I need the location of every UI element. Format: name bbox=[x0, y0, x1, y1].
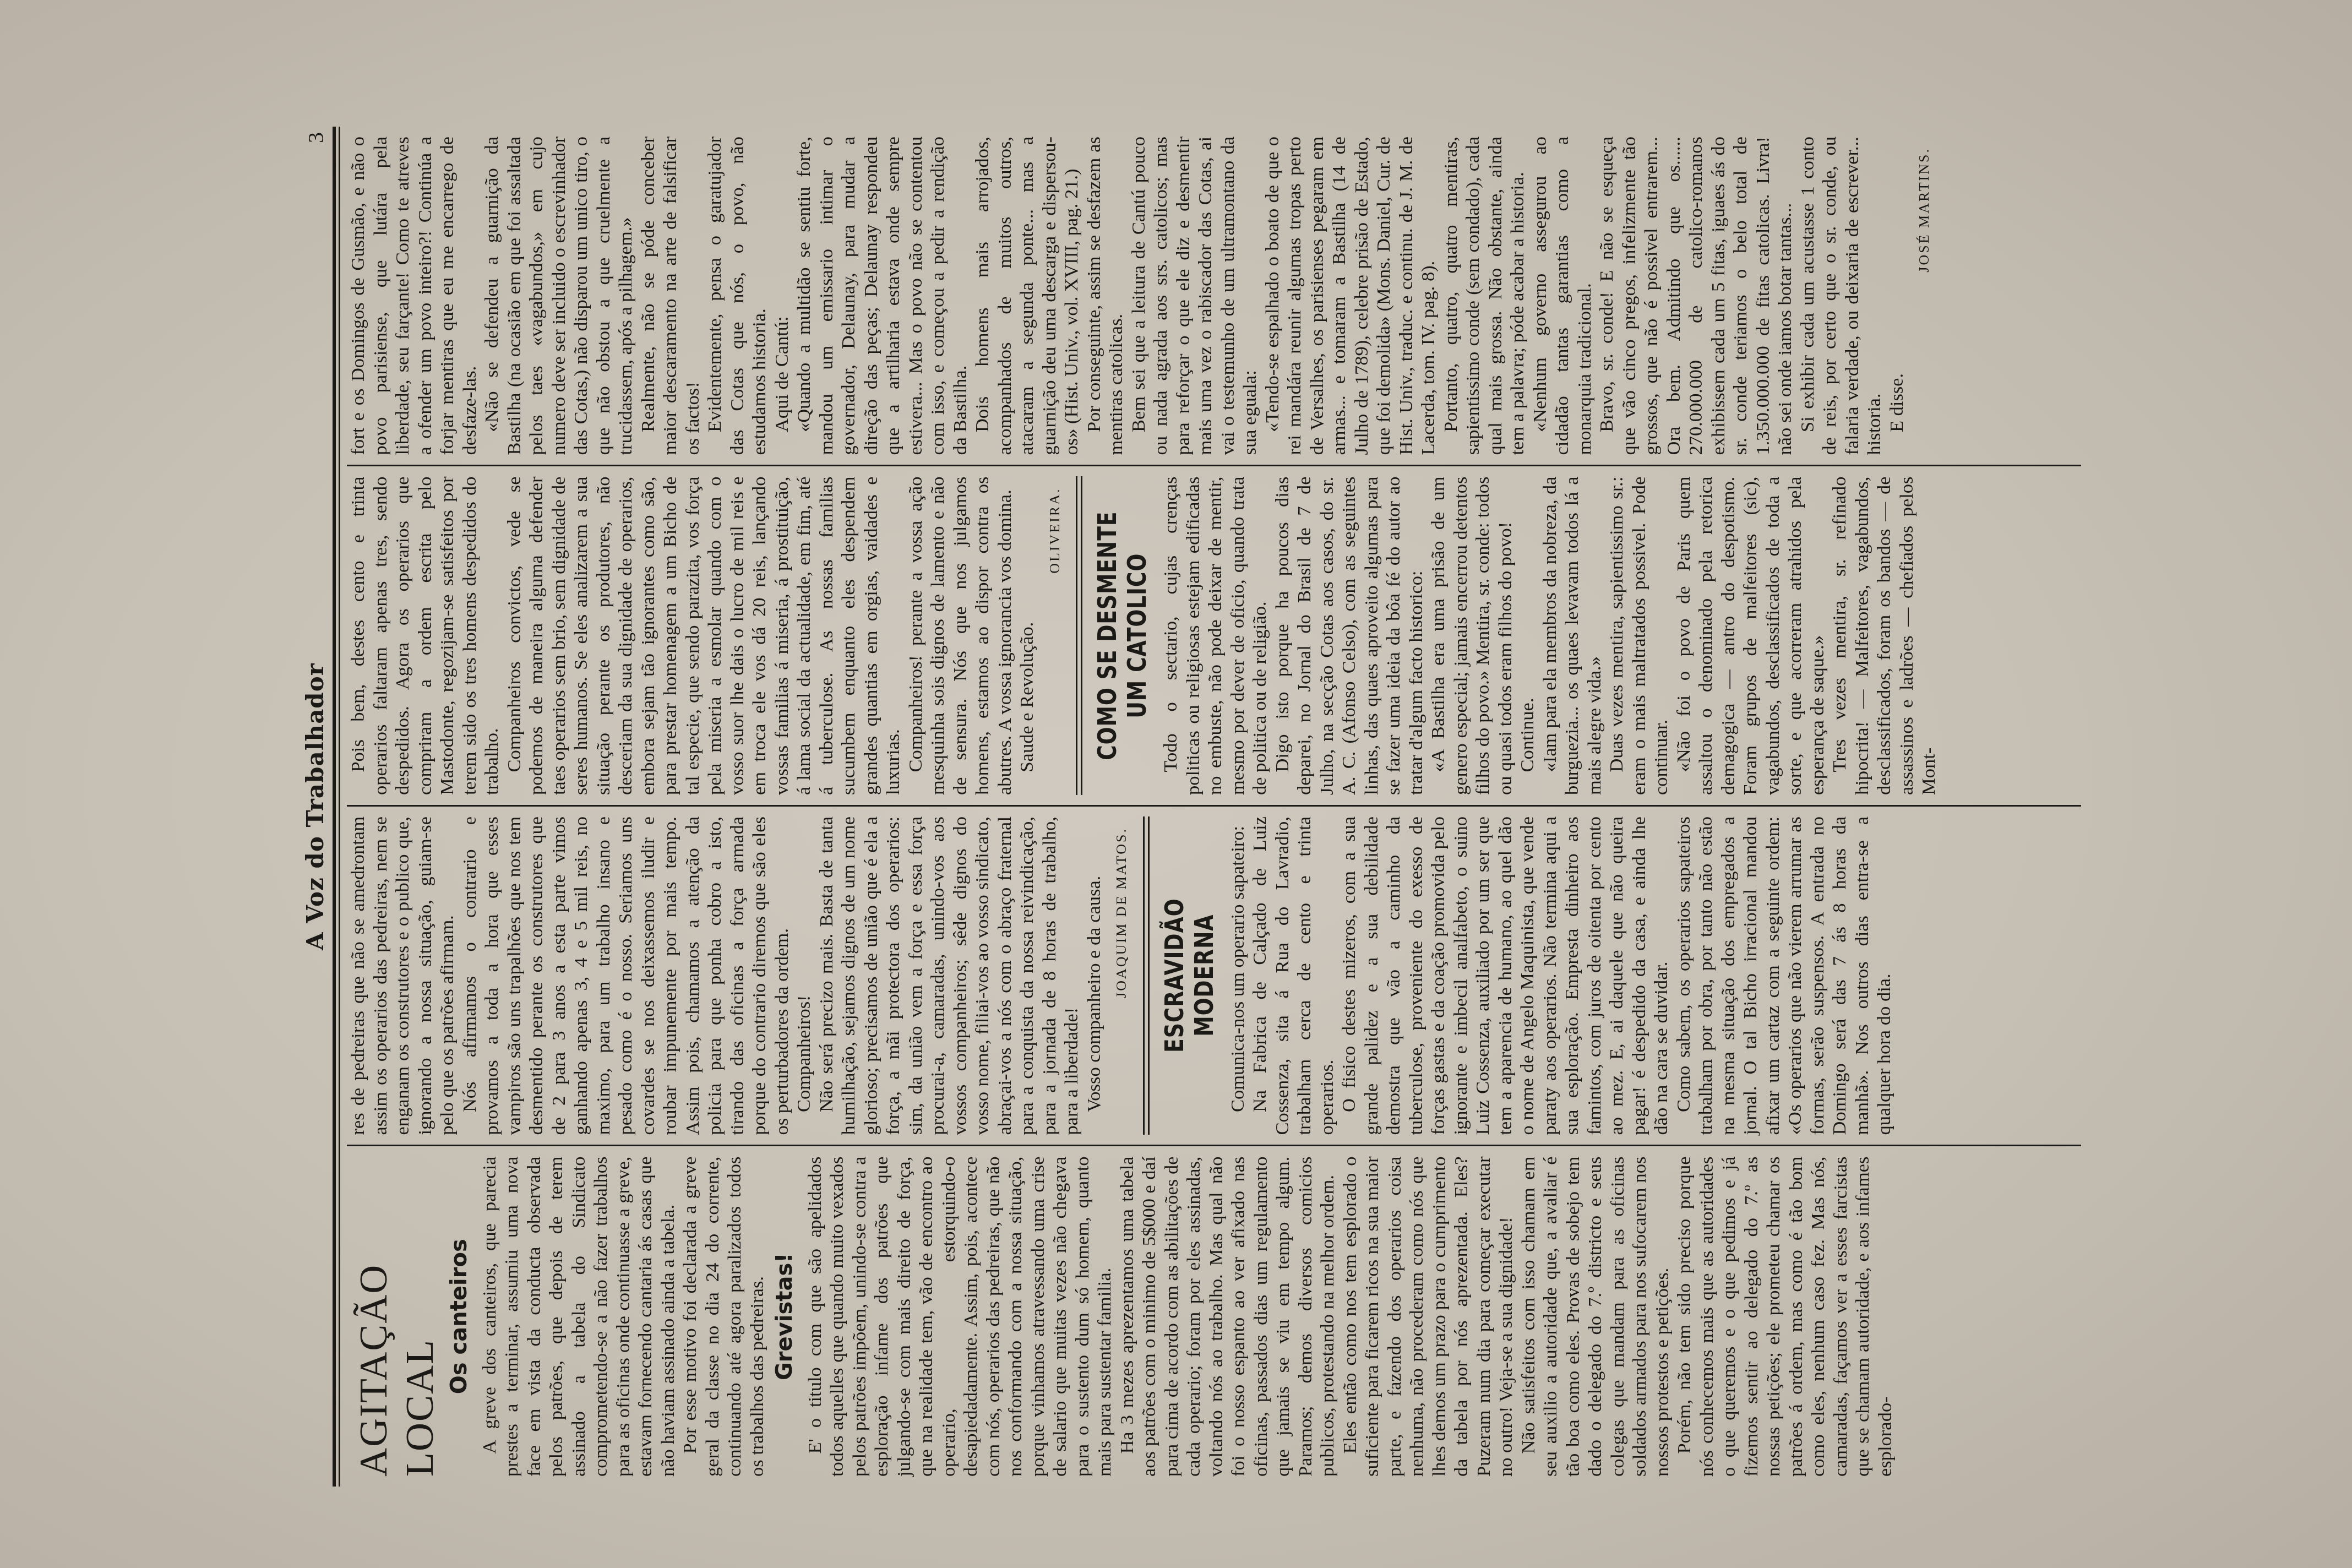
paragraph: Pois bem, destes cento e trinta operario… bbox=[347, 477, 503, 796]
paragraph: Companheiros! perante a vossa ação mesqu… bbox=[905, 477, 1016, 796]
paragraph: Bem sei que a leitura de Cantú pouco ou … bbox=[1128, 137, 1261, 455]
header-double-rule bbox=[333, 127, 340, 1487]
paragraph: «Não se defendeu a guarnição da Bastilha… bbox=[481, 137, 637, 455]
paragraph: E' o titulo com que são apelidados todos… bbox=[804, 1157, 1116, 1477]
paragraph: Companheiros convictos, vede se podemos … bbox=[503, 477, 905, 796]
article-subhead: Grevistas! bbox=[774, 1157, 796, 1477]
paragraph: A greve dos canteiros, que parecia prest… bbox=[478, 1157, 679, 1477]
page-number: 3 bbox=[303, 132, 329, 143]
paragraph: Continue. bbox=[1516, 477, 1539, 796]
paragraph: «Quando a multidão se sentiu forte, mand… bbox=[793, 137, 971, 455]
paragraph-continued: fort e os Domingos de Gusmão, e não o po… bbox=[347, 137, 481, 455]
article-divider bbox=[1143, 816, 1150, 1135]
paragraph: Bravo, sr. conde! E não se esqueça que v… bbox=[1596, 137, 1796, 455]
newspaper-page: A Voz do Trabalhador 3 AGITAÇÃO LOCALOs … bbox=[297, 127, 2081, 1487]
paragraph: Vosso companheiro e da causa. bbox=[1083, 816, 1106, 1135]
paragraph: Portanto, quatro, quatro mentiras, sapie… bbox=[1440, 137, 1529, 455]
paragraph: Dois homens mais arrojados, acompanhados… bbox=[971, 137, 1083, 455]
paragraph: «Não foi o povo de Paris quem assaltou o… bbox=[1673, 477, 1829, 796]
paragraph: Saude e Revolução. bbox=[1016, 477, 1038, 796]
column-3: Pois bem, destes cento e trinta operario… bbox=[347, 467, 2081, 807]
article-headline: COMO SE DESMENTE UM CATOLICO bbox=[1092, 505, 1152, 766]
paragraph: Tres vezes mentira, sr. refinado hipocri… bbox=[1828, 477, 1940, 796]
paragraph: O fisico destes mizeros, com a sua grand… bbox=[1338, 816, 1673, 1135]
section-title: AGITAÇÃO LOCAL bbox=[350, 1157, 443, 1477]
paragraph: E disse. bbox=[1886, 137, 1908, 455]
column-1: AGITAÇÃO LOCALOs canteirosA greve dos ca… bbox=[347, 1147, 2081, 1487]
newspaper-title: A Voz do Trabalhador bbox=[302, 127, 329, 1487]
paragraph: Não será precizo mais. Basta de tanta hu… bbox=[815, 816, 1083, 1135]
column-4: fort e os Domingos de Gusmão, e não o po… bbox=[347, 127, 2081, 467]
paragraph: Por esse motivo foi declarada a greve ge… bbox=[679, 1157, 768, 1477]
paragraph: Realmente, não se póde conceber maior de… bbox=[637, 137, 704, 455]
running-head: A Voz do Trabalhador 3 bbox=[297, 127, 331, 1487]
paragraph: Eles então como nos tem esplorado o sufi… bbox=[1339, 1157, 1517, 1477]
article-subhead: Os canteiros bbox=[448, 1157, 471, 1477]
author-byline: JOSÉ MARTINS. bbox=[1913, 148, 1936, 455]
paragraph: Duas vezes mentira, sapientissimo sr.: e… bbox=[1605, 477, 1673, 796]
paragraph: «Tendo-se espalhado o boato de que o rei… bbox=[1261, 137, 1440, 455]
paragraph: Nós afirmamos o contrario e provamos a t… bbox=[459, 816, 793, 1135]
paragraph: Aqui de Cantú: bbox=[771, 137, 793, 455]
paragraph: Ha 3 mezes aprezentamos uma tabela aos p… bbox=[1116, 1157, 1339, 1477]
paragraph: Não satisfeitos com isso chamam em seu a… bbox=[1517, 1157, 1674, 1477]
paragraph: Companheiros! bbox=[793, 816, 815, 1135]
paragraph: Todo o sectario, cujas crenças politicas… bbox=[1159, 477, 1271, 796]
paragraph: «Iam para ela membros da nobreza, da bur… bbox=[1539, 477, 1606, 796]
paragraph: «A Bastilha era uma prisão de um genero … bbox=[1427, 477, 1516, 796]
author-byline: OLIVEIRA. bbox=[1044, 488, 1066, 796]
column-2: res de pedreiras que não se amedrontam a… bbox=[347, 807, 2081, 1147]
author-byline: JOAQUIM DE MATOS. bbox=[1110, 827, 1133, 1135]
paragraph-continued: res de pedreiras que não se amedrontam a… bbox=[347, 816, 459, 1135]
article-headline: ESCRAVIDÃO MODERNA bbox=[1159, 845, 1219, 1106]
paragraph: Si exhibir cada um acustasse 1 conto de … bbox=[1796, 137, 1886, 455]
paragraph: Comunica-nos um operario sapateiro: bbox=[1227, 816, 1249, 1135]
paragraph: Porém, não tem sido preciso porque nós c… bbox=[1673, 1157, 1896, 1477]
paragraph: «Nenhum governo assegurou ao cidadão tan… bbox=[1529, 137, 1596, 455]
paragraph: Digo isto porque ha poucos dias deparei,… bbox=[1271, 477, 1428, 796]
article-divider bbox=[1076, 477, 1082, 796]
paragraph: Como sabem, os operarios sapateiros trab… bbox=[1673, 816, 1896, 1135]
paragraph: Na Fabrica de Calçado de Luiz Cossenza, … bbox=[1249, 816, 1338, 1135]
paragraph: Por conseguinte, assim se desfazem as me… bbox=[1083, 137, 1128, 455]
paragraph: Evidentemente, pensa o garatujador das C… bbox=[704, 137, 771, 455]
columns: AGITAÇÃO LOCALOs canteirosA greve dos ca… bbox=[347, 127, 2081, 1487]
